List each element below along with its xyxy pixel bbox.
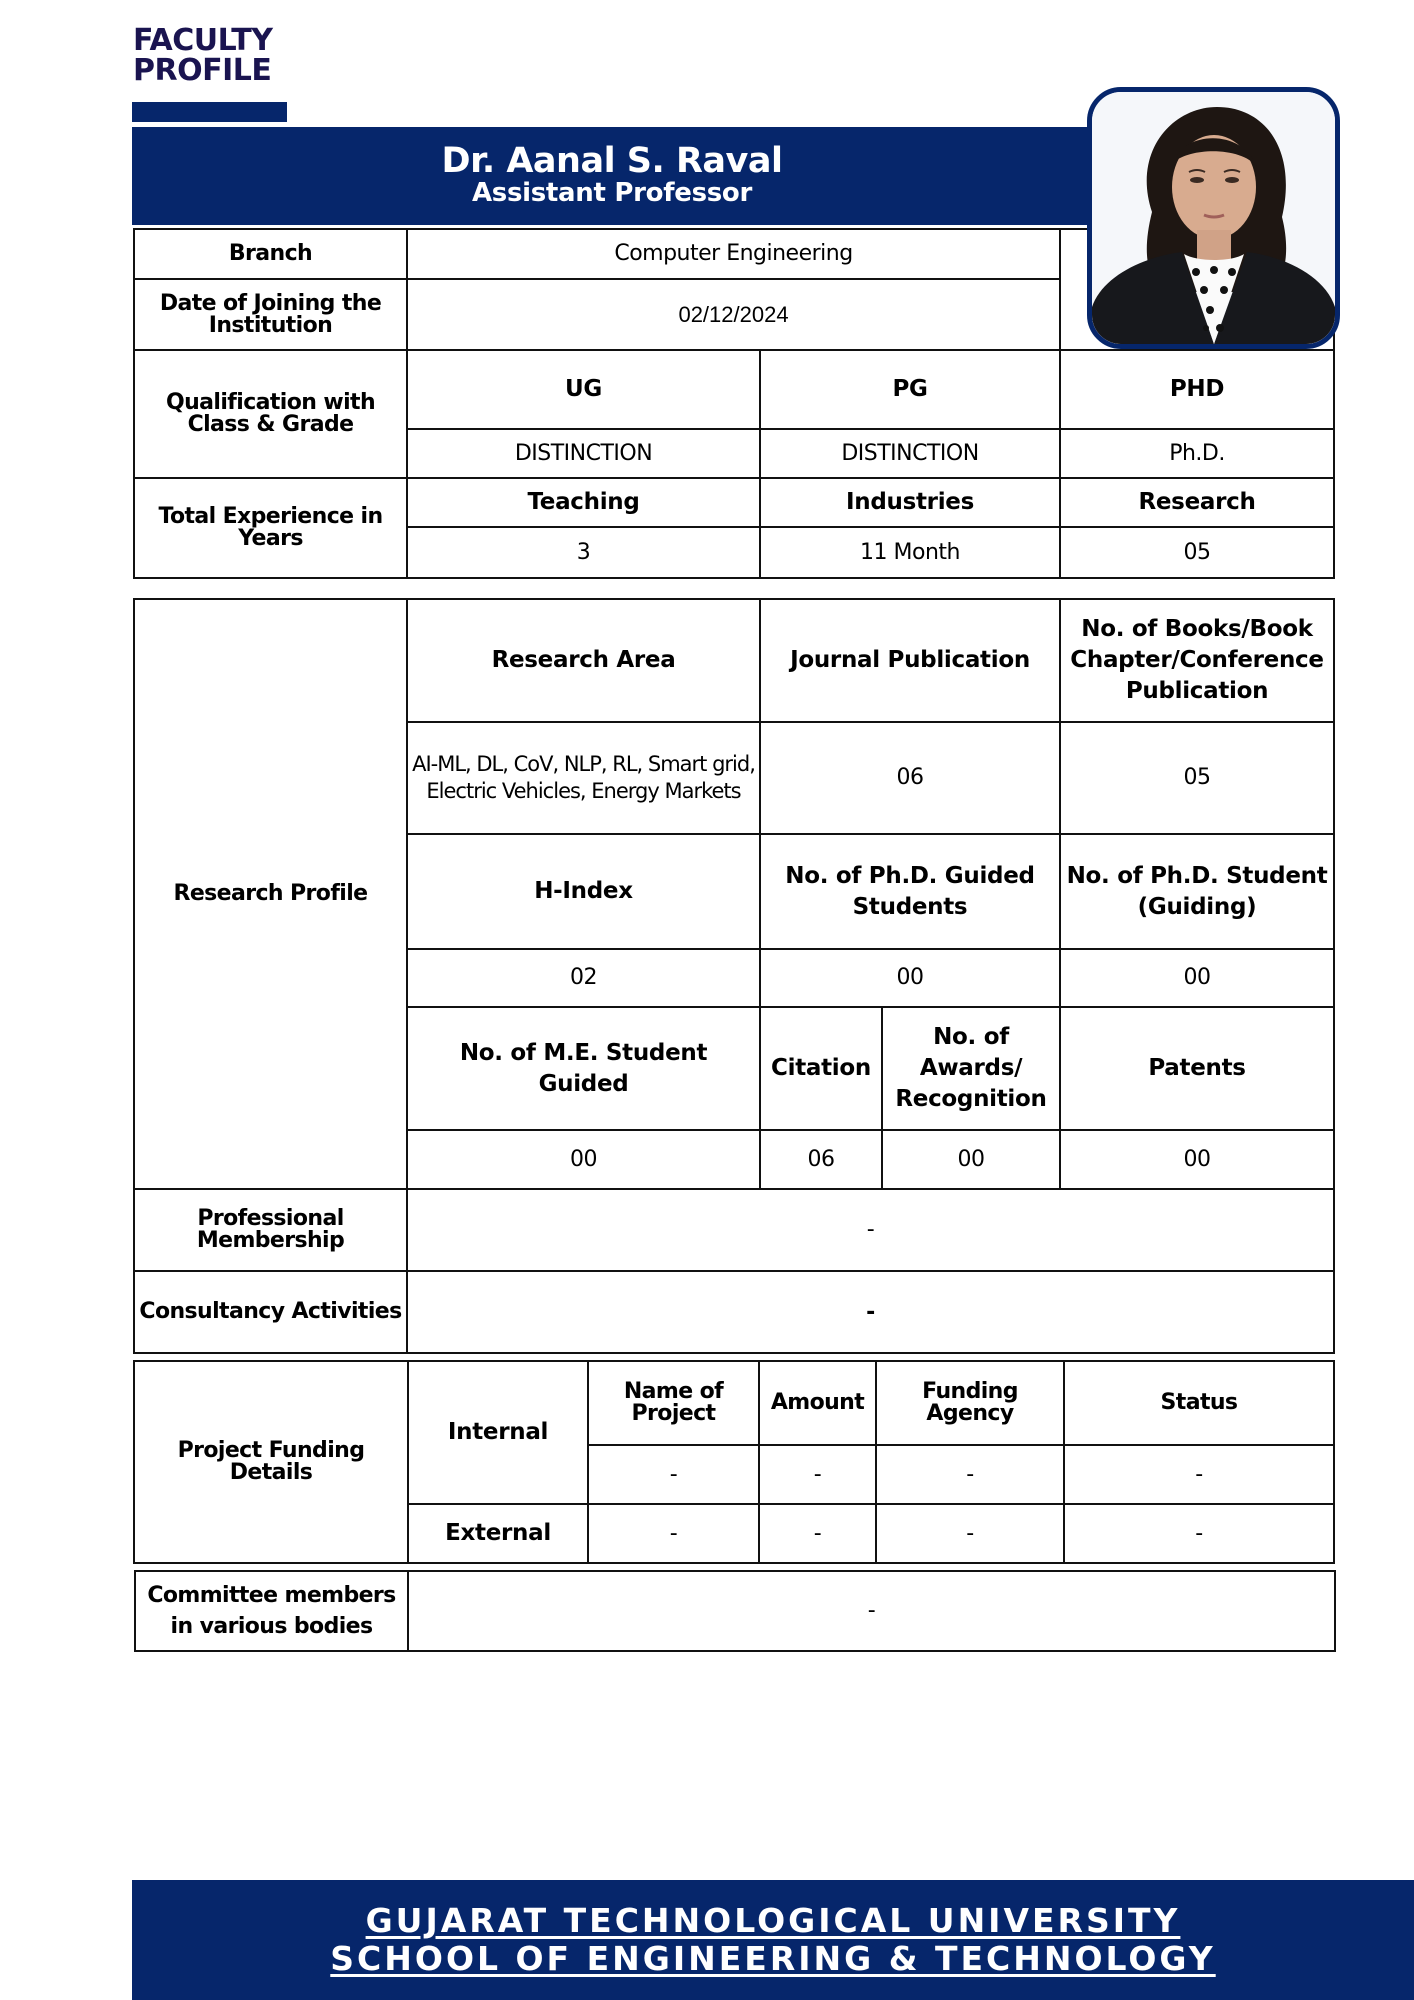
- experience-value-teaching: 3: [407, 527, 760, 578]
- qualification-header-phd: PHD: [1060, 350, 1334, 429]
- faculty-photo: [1087, 87, 1340, 349]
- faculty-name: Dr. Aanal S. Raval: [132, 127, 1092, 179]
- qualification-value-phd: Ph.D.: [1060, 429, 1334, 478]
- experience-header-industries: Industries: [760, 478, 1060, 527]
- committee-value: -: [408, 1571, 1335, 1651]
- experience-value-industries: 11 Month: [760, 527, 1060, 578]
- membership-value: -: [407, 1189, 1334, 1271]
- qualification-header-row: Qualification with Class & Grade UG PG P…: [134, 350, 1334, 429]
- phd-guided-value: 00: [760, 949, 1060, 1007]
- awards-value: 00: [882, 1130, 1060, 1189]
- patents-value: 00: [1060, 1130, 1334, 1189]
- consultancy-label: Consultancy Activities: [134, 1271, 407, 1353]
- consultancy-value: -: [407, 1271, 1334, 1353]
- research-profile-label: Research Profile: [134, 599, 407, 1189]
- phd-guided-header: No. of Ph.D. Guided Students: [760, 834, 1060, 949]
- h-index-header: H-Index: [407, 834, 760, 949]
- research-area-value: AI-ML, DL, CoV, NLP, RL, Smart grid, Ele…: [407, 722, 760, 834]
- me-guided-value: 00: [407, 1130, 760, 1189]
- research-row1-headers: Research Profile Research Area Journal P…: [134, 599, 1334, 722]
- document-title-line1: FACULTY: [133, 26, 272, 56]
- internal-amount: -: [759, 1445, 876, 1504]
- external-status: -: [1064, 1504, 1334, 1563]
- citation-header: Citation: [760, 1007, 882, 1130]
- experience-header-research: Research: [1060, 478, 1334, 527]
- qualification-header-ug: UG: [407, 350, 760, 429]
- faculty-designation: Assistant Professor: [132, 179, 1092, 207]
- doj-value: 02/12/2024: [407, 279, 1060, 350]
- committee-label: Committee members in various bodies: [135, 1571, 408, 1651]
- membership-row: Professional Membership -: [134, 1189, 1334, 1271]
- accent-bar: [132, 102, 287, 122]
- project-funding-table: Project Funding Details Internal Name of…: [133, 1360, 1335, 1564]
- phd-guiding-value: 00: [1060, 949, 1334, 1007]
- research-table: Research Profile Research Area Journal P…: [133, 598, 1335, 1354]
- qualification-label: Qualification with Class & Grade: [134, 350, 407, 478]
- document-title-line2: PROFILE: [133, 56, 272, 86]
- citation-value: 06: [760, 1130, 882, 1189]
- funding-header-row: Project Funding Details Internal Name of…: [134, 1361, 1334, 1445]
- status-header: Status: [1064, 1361, 1334, 1445]
- funding-agency-header: Funding Agency: [876, 1361, 1064, 1445]
- membership-label: Professional Membership: [134, 1189, 407, 1271]
- experience-value-research: 05: [1060, 527, 1334, 578]
- branch-label: Branch: [134, 229, 407, 279]
- internal-agency: -: [876, 1445, 1064, 1504]
- committee-row: Committee members in various bodies -: [135, 1571, 1335, 1651]
- experience-label: Total Experience in Years: [134, 478, 407, 578]
- external-amount: -: [759, 1504, 876, 1563]
- school-name: SCHOOL OF ENGINEERING & TECHNOLOGY: [132, 1940, 1414, 1978]
- me-guided-header: No. of M.E. Student Guided: [407, 1007, 760, 1130]
- consultancy-row: Consultancy Activities -: [134, 1271, 1334, 1353]
- qualification-header-pg: PG: [760, 350, 1060, 429]
- name-banner: Dr. Aanal S. Raval Assistant Professor: [132, 127, 1092, 225]
- patents-header: Patents: [1060, 1007, 1334, 1130]
- phd-guiding-header: No. of Ph.D. Student (Guiding): [1060, 834, 1334, 949]
- amount-header: Amount: [759, 1361, 876, 1445]
- books-publication-value: 05: [1060, 722, 1334, 834]
- journal-publication-value: 06: [760, 722, 1060, 834]
- doj-label: Date of Joining the Institution: [134, 279, 407, 350]
- experience-header-teaching: Teaching: [407, 478, 760, 527]
- internal-status: -: [1064, 1445, 1334, 1504]
- funding-label: Project Funding Details: [134, 1361, 408, 1563]
- h-index-value: 02: [407, 949, 760, 1007]
- internal-project-name: -: [588, 1445, 759, 1504]
- experience-header-row: Total Experience in Years Teaching Indus…: [134, 478, 1334, 527]
- external-label: External: [408, 1504, 588, 1563]
- external-project-name: -: [588, 1504, 759, 1563]
- committee-table: Committee members in various bodies -: [134, 1570, 1336, 1652]
- journal-publication-header: Journal Publication: [760, 599, 1060, 722]
- document-title: FACULTY PROFILE: [133, 26, 272, 86]
- project-name-header: Name of Project: [588, 1361, 759, 1445]
- qualification-value-ug: DISTINCTION: [407, 429, 760, 478]
- branch-value: Computer Engineering: [407, 229, 1060, 279]
- external-agency: -: [876, 1504, 1064, 1563]
- awards-header: No. of Awards/ Recognition: [882, 1007, 1060, 1130]
- books-publication-header: No. of Books/Book Chapter/Conference Pub…: [1060, 599, 1334, 722]
- portrait-icon: [1092, 92, 1335, 344]
- qualification-value-pg: DISTINCTION: [760, 429, 1060, 478]
- internal-label: Internal: [408, 1361, 588, 1504]
- footer-banner: GUJARAT TECHNOLOGICAL UNIVERSITY SCHOOL …: [132, 1880, 1414, 2000]
- research-area-header: Research Area: [407, 599, 760, 722]
- university-name: GUJARAT TECHNOLOGICAL UNIVERSITY: [132, 1880, 1414, 1940]
